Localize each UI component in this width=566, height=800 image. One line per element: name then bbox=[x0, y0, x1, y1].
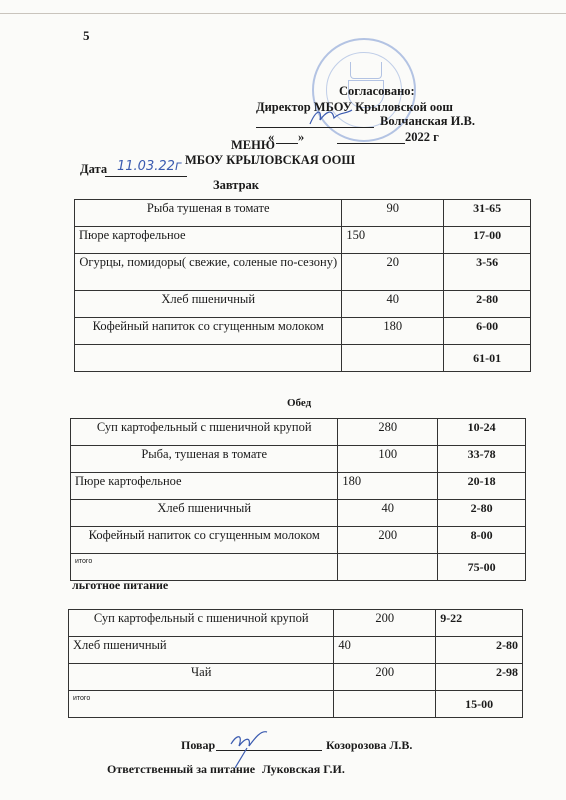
dish-price: 9-22 bbox=[436, 610, 523, 637]
table-row: Рыба, тушеная в томате10033-78 bbox=[71, 446, 526, 473]
approval-year: 2022 г bbox=[405, 130, 439, 145]
dish-price: 33-78 bbox=[438, 446, 526, 473]
dish-price: 31-65 bbox=[444, 200, 531, 227]
total-weight bbox=[338, 554, 438, 581]
table-row: Хлеб пшеничный402-80 bbox=[69, 637, 523, 664]
dish-name: Суп картофельный с пшеничной крупой bbox=[69, 610, 334, 637]
table-row: Рыба тушеная в томате9031-65 bbox=[75, 200, 531, 227]
approval-heading: Согласовано: bbox=[339, 84, 415, 99]
page-number: 5 bbox=[83, 28, 90, 44]
table-row: Суп картофельный с пшеничной крупой2009-… bbox=[69, 610, 523, 637]
total-price: 75-00 bbox=[438, 554, 526, 581]
date-label: Дата bbox=[80, 162, 107, 177]
table-row: Пюре картофельное18020-18 bbox=[71, 473, 526, 500]
dish-weight: 180 bbox=[342, 318, 444, 345]
dish-name: Рыба тушеная в томате bbox=[75, 200, 342, 227]
dish-name: Хлеб пшеничный bbox=[69, 637, 334, 664]
dish-name: Рыба, тушеная в томате bbox=[71, 446, 338, 473]
month-line bbox=[337, 143, 405, 144]
dish-weight: 100 bbox=[338, 446, 438, 473]
dish-name: Чай bbox=[69, 664, 334, 691]
dish-name: Хлеб пшеничный bbox=[75, 291, 342, 318]
total-row: 61-01 bbox=[75, 345, 531, 372]
dish-price: 2-98 bbox=[436, 664, 523, 691]
lunch-heading: Обед bbox=[287, 397, 311, 409]
director-name: Волчанская И.В. bbox=[380, 114, 475, 129]
total-row: итого75-00 bbox=[71, 554, 526, 581]
benefit-heading: льготное питание bbox=[72, 578, 168, 593]
director-signature-icon bbox=[306, 104, 356, 128]
benefit-table: Суп картофельный с пшеничной крупой2009-… bbox=[68, 609, 523, 718]
dish-price: 6-00 bbox=[444, 318, 531, 345]
dish-price: 10-24 bbox=[438, 419, 526, 446]
table-row: Хлеб пшеничный402-80 bbox=[75, 291, 531, 318]
table-row: Огурцы, помидоры( свежие, соленые по-сез… bbox=[75, 254, 531, 291]
table-row: Чай2002-98 bbox=[69, 664, 523, 691]
total-label: итого bbox=[69, 691, 334, 718]
dish-name: Пюре картофельное bbox=[71, 473, 338, 500]
table-row: Суп картофельный с пшеничной крупой28010… bbox=[71, 419, 526, 446]
dish-weight: 180 bbox=[338, 473, 438, 500]
breakfast-heading: Завтрак bbox=[213, 178, 259, 193]
dish-price: 8-00 bbox=[438, 527, 526, 554]
lunch-table: Суп картофельный с пшеничной крупой28010… bbox=[70, 418, 526, 581]
crown-icon bbox=[350, 62, 382, 79]
dish-price: 2-80 bbox=[438, 500, 526, 527]
dish-weight: 20 bbox=[342, 254, 444, 291]
total-weight bbox=[342, 345, 444, 372]
total-label bbox=[75, 345, 342, 372]
table-row: Пюре картофельное15017-00 bbox=[75, 227, 531, 254]
total-row: итого15-00 bbox=[69, 691, 523, 718]
dish-name: Хлеб пшеничный bbox=[71, 500, 338, 527]
breakfast-table: Рыба тушеная в томате9031-65Пюре картофе… bbox=[74, 199, 531, 372]
dish-name: Кофейный напиток со сгущенным молоком bbox=[75, 318, 342, 345]
dish-name: Суп картофельный с пшеничной крупой bbox=[71, 419, 338, 446]
responsible-name: Луковская Г.И. bbox=[262, 762, 345, 777]
total-price: 61-01 bbox=[444, 345, 531, 372]
table-row: Хлеб пшеничный402-80 bbox=[71, 500, 526, 527]
dish-weight: 280 bbox=[338, 419, 438, 446]
date-line bbox=[105, 176, 187, 177]
dish-weight: 200 bbox=[334, 610, 436, 637]
dish-weight: 90 bbox=[342, 200, 444, 227]
total-weight bbox=[334, 691, 436, 718]
school-name: МБОУ КРЫЛОВСКАЯ ООШ bbox=[185, 153, 355, 168]
menu-title: МЕНЮ bbox=[231, 138, 275, 153]
dish-name: Кофейный напиток со сгущенным молоком bbox=[71, 527, 338, 554]
total-price: 15-00 bbox=[436, 691, 523, 718]
dish-price: 2-80 bbox=[436, 637, 523, 664]
dish-name: Пюре картофельное bbox=[75, 227, 342, 254]
cook-name: Козорозова Л.В. bbox=[326, 738, 412, 753]
dish-price: 20-18 bbox=[438, 473, 526, 500]
dish-weight: 200 bbox=[338, 527, 438, 554]
dish-price: 3-56 bbox=[444, 254, 531, 291]
dish-weight: 40 bbox=[334, 637, 436, 664]
cook-label: Повар bbox=[181, 738, 215, 753]
dish-price: 17-00 bbox=[444, 227, 531, 254]
dish-weight: 150 bbox=[342, 227, 444, 254]
page-edge bbox=[0, 13, 566, 14]
day-line bbox=[276, 143, 298, 144]
dish-weight: 40 bbox=[338, 500, 438, 527]
dish-weight: 200 bbox=[334, 664, 436, 691]
dish-price: 2-80 bbox=[444, 291, 531, 318]
dish-weight: 40 bbox=[342, 291, 444, 318]
table-row: Кофейный напиток со сгущенным молоком200… bbox=[71, 527, 526, 554]
date-close-quote: » bbox=[298, 130, 304, 145]
responsible-label: Ответственный за питание bbox=[107, 762, 255, 777]
date-value: 11.03.22г bbox=[117, 159, 182, 174]
dish-name: Огурцы, помидоры( свежие, соленые по-сез… bbox=[75, 254, 342, 291]
table-row: Кофейный напиток со сгущенным молоком180… bbox=[75, 318, 531, 345]
total-label: итого bbox=[71, 554, 338, 581]
